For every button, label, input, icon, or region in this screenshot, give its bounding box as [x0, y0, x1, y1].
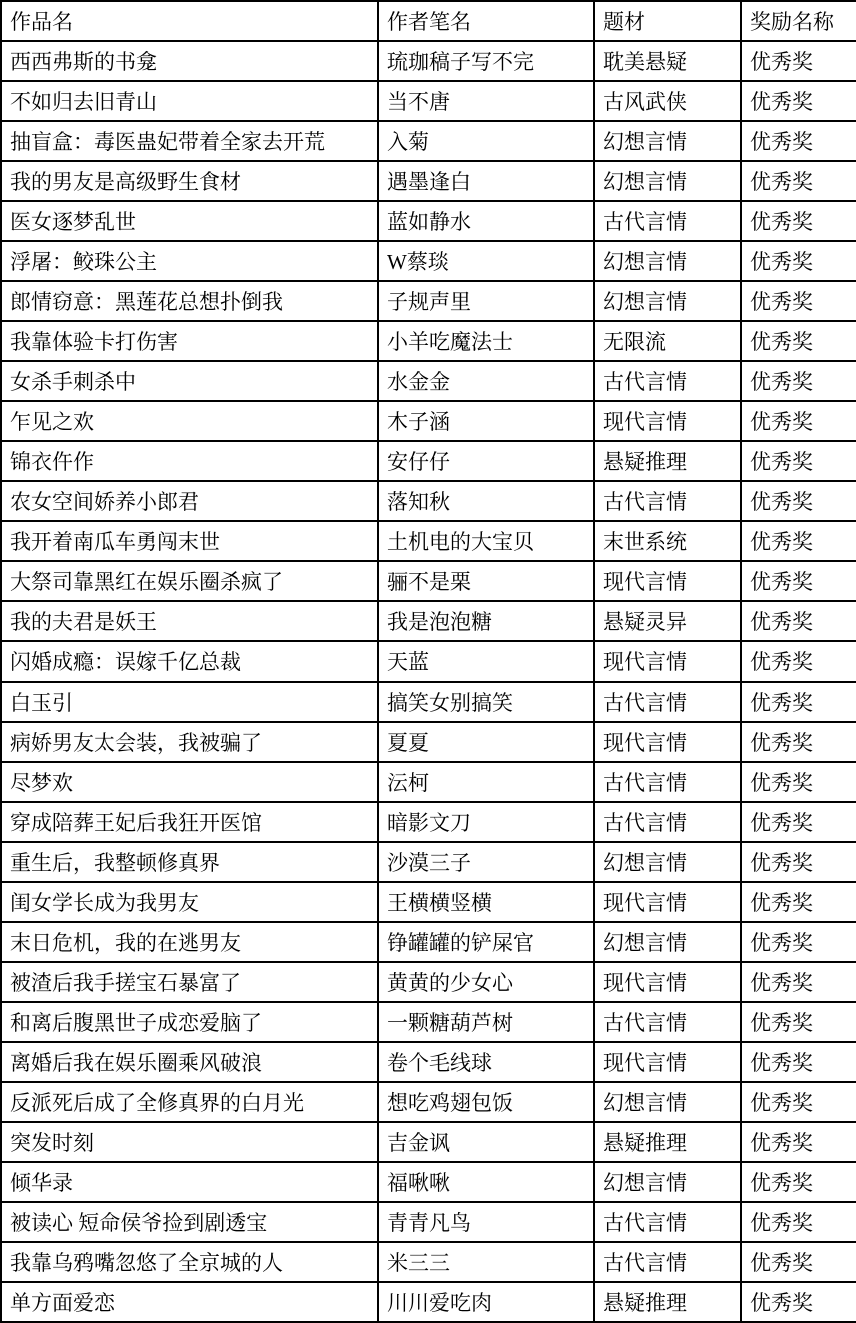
table-row: 我靠体验卡打伤害小羊吃魔法士无限流优秀奖	[1, 321, 856, 361]
work-title-cell: 我的夫君是妖王	[1, 601, 378, 641]
award-name-cell: 优秀奖	[741, 1082, 856, 1122]
author-name-cell: W蔡琰	[378, 241, 594, 281]
award-name-cell: 优秀奖	[741, 682, 856, 722]
author-name-cell: 吉金讽	[378, 1122, 594, 1162]
genre-cell: 幻想言情	[594, 241, 741, 281]
author-name-cell: 青青凡鸟	[378, 1202, 594, 1242]
genre-cell: 悬疑灵异	[594, 601, 741, 641]
table-row: 我开着南瓜车勇闯末世土机电的大宝贝末世系统优秀奖	[1, 521, 856, 561]
author-name-cell: 卷个毛线球	[378, 1042, 594, 1082]
award-name-cell: 优秀奖	[741, 882, 856, 922]
column-header-title: 作品名	[1, 1, 378, 41]
award-name-cell: 优秀奖	[741, 762, 856, 802]
work-title-cell: 末日危机，我的在逃男友	[1, 922, 378, 962]
author-name-cell: 木子涵	[378, 401, 594, 441]
award-name-cell: 优秀奖	[741, 241, 856, 281]
author-name-cell: 一颗糖葫芦树	[378, 1002, 594, 1042]
table-row: 和离后腹黑世子成恋爱脑了一颗糖葫芦树古代言情优秀奖	[1, 1002, 856, 1042]
work-title-cell: 浮屠：鲛珠公主	[1, 241, 378, 281]
genre-cell: 幻想言情	[594, 922, 741, 962]
award-name-cell: 优秀奖	[741, 802, 856, 842]
author-name-cell: 小羊吃魔法士	[378, 321, 594, 361]
genre-cell: 古代言情	[594, 481, 741, 521]
work-title-cell: 乍见之欢	[1, 401, 378, 441]
genre-cell: 现代言情	[594, 401, 741, 441]
award-name-cell: 优秀奖	[741, 521, 856, 561]
genre-cell: 古代言情	[594, 1242, 741, 1282]
work-title-cell: 突发时刻	[1, 1122, 378, 1162]
award-name-cell: 优秀奖	[741, 962, 856, 1002]
genre-cell: 古代言情	[594, 802, 741, 842]
genre-cell: 幻想言情	[594, 1082, 741, 1122]
award-name-cell: 优秀奖	[741, 161, 856, 201]
table-row: 我的夫君是妖王我是泡泡糖悬疑灵异优秀奖	[1, 601, 856, 641]
award-name-cell: 优秀奖	[741, 361, 856, 401]
table-row: 乍见之欢木子涵现代言情优秀奖	[1, 401, 856, 441]
award-name-cell: 优秀奖	[741, 1202, 856, 1242]
award-name-cell: 优秀奖	[741, 201, 856, 241]
work-title-cell: 和离后腹黑世子成恋爱脑了	[1, 1002, 378, 1042]
author-name-cell: 子规声里	[378, 281, 594, 321]
work-title-cell: 我的男友是高级野生食材	[1, 161, 378, 201]
genre-cell: 现代言情	[594, 561, 741, 601]
author-name-cell: 遇墨逢白	[378, 161, 594, 201]
genre-cell: 现代言情	[594, 882, 741, 922]
work-title-cell: 我靠乌鸦嘴忽悠了全京城的人	[1, 1242, 378, 1282]
genre-cell: 古代言情	[594, 762, 741, 802]
award-name-cell: 优秀奖	[741, 922, 856, 962]
column-header-author: 作者笔名	[378, 1, 594, 41]
table-row: 突发时刻吉金讽悬疑推理优秀奖	[1, 1122, 856, 1162]
genre-cell: 悬疑推理	[594, 1122, 741, 1162]
table-row: 倾华录福啾啾幻想言情优秀奖	[1, 1162, 856, 1202]
work-title-cell: 闪婚成瘾：误嫁千亿总裁	[1, 641, 378, 681]
work-title-cell: 穿成陪葬王妃后我狂开医馆	[1, 802, 378, 842]
table-row: 重生后，我整顿修真界沙漠三子幻想言情优秀奖	[1, 842, 856, 882]
author-name-cell: 暗影文刀	[378, 802, 594, 842]
work-title-cell: 被读心 短命侯爷捡到剧透宝	[1, 1202, 378, 1242]
genre-cell: 古代言情	[594, 682, 741, 722]
author-name-cell: 入菊	[378, 121, 594, 161]
work-title-cell: 锦衣仵作	[1, 441, 378, 481]
award-name-cell: 优秀奖	[741, 601, 856, 641]
award-name-cell: 优秀奖	[741, 121, 856, 161]
genre-cell: 末世系统	[594, 521, 741, 561]
work-title-cell: 医女逐梦乱世	[1, 201, 378, 241]
table-row: 医女逐梦乱世蓝如静水古代言情优秀奖	[1, 201, 856, 241]
column-header-award: 奖励名称	[741, 1, 856, 41]
award-name-cell: 优秀奖	[741, 41, 856, 81]
table-row: 大祭司靠黑红在娱乐圈杀疯了骊不是栗现代言情优秀奖	[1, 561, 856, 601]
genre-cell: 古代言情	[594, 361, 741, 401]
table-row: 锦衣仵作安仔仔悬疑推理优秀奖	[1, 441, 856, 481]
genre-cell: 无限流	[594, 321, 741, 361]
award-name-cell: 优秀奖	[741, 441, 856, 481]
table-row: 病娇男友太会装，我被骗了夏夏现代言情优秀奖	[1, 722, 856, 762]
work-title-cell: 我靠体验卡打伤害	[1, 321, 378, 361]
work-title-cell: 尽梦欢	[1, 762, 378, 802]
table-body: 西西弗斯的书龛琉珈稿子写不完耽美悬疑优秀奖不如归去旧青山当不唐古风武侠优秀奖抽盲…	[1, 41, 856, 1322]
award-name-cell: 优秀奖	[741, 1002, 856, 1042]
award-name-cell: 优秀奖	[741, 1242, 856, 1282]
genre-cell: 古代言情	[594, 1202, 741, 1242]
author-name-cell: 土机电的大宝贝	[378, 521, 594, 561]
table-row: 闺女学长成为我男友王横横竖横现代言情优秀奖	[1, 882, 856, 922]
genre-cell: 现代言情	[594, 722, 741, 762]
work-title-cell: 郎情窃意：黑莲花总想扑倒我	[1, 281, 378, 321]
genre-cell: 幻想言情	[594, 121, 741, 161]
table-row: 闪婚成瘾：误嫁千亿总裁天蓝现代言情优秀奖	[1, 641, 856, 681]
column-header-genre: 题材	[594, 1, 741, 41]
genre-cell: 耽美悬疑	[594, 41, 741, 81]
author-name-cell: 夏夏	[378, 722, 594, 762]
author-name-cell: 米三三	[378, 1242, 594, 1282]
author-name-cell: 想吃鸡翅包饭	[378, 1082, 594, 1122]
award-name-cell: 优秀奖	[741, 842, 856, 882]
work-title-cell: 西西弗斯的书龛	[1, 41, 378, 81]
author-name-cell: 水金金	[378, 361, 594, 401]
genre-cell: 现代言情	[594, 962, 741, 1002]
table-row: 农女空间娇养小郎君落知秋古代言情优秀奖	[1, 481, 856, 521]
work-title-cell: 重生后，我整顿修真界	[1, 842, 378, 882]
author-name-cell: 骊不是栗	[378, 561, 594, 601]
work-title-cell: 反派死后成了全修真界的白月光	[1, 1082, 378, 1122]
genre-cell: 幻想言情	[594, 1162, 741, 1202]
author-name-cell: 当不唐	[378, 81, 594, 121]
genre-cell: 古代言情	[594, 1002, 741, 1042]
work-title-cell: 闺女学长成为我男友	[1, 882, 378, 922]
work-title-cell: 离婚后我在娱乐圈乘风破浪	[1, 1042, 378, 1082]
table-row: 女杀手刺杀中水金金古代言情优秀奖	[1, 361, 856, 401]
genre-cell: 幻想言情	[594, 161, 741, 201]
table-row: 被读心 短命侯爷捡到剧透宝青青凡鸟古代言情优秀奖	[1, 1202, 856, 1242]
work-title-cell: 大祭司靠黑红在娱乐圈杀疯了	[1, 561, 378, 601]
author-name-cell: 沙漠三子	[378, 842, 594, 882]
award-name-cell: 优秀奖	[741, 1042, 856, 1082]
genre-cell: 幻想言情	[594, 281, 741, 321]
table-row: 我的男友是高级野生食材遇墨逢白幻想言情优秀奖	[1, 161, 856, 201]
author-name-cell: 王横横竖横	[378, 882, 594, 922]
award-results-table: 作品名 作者笔名 题材 奖励名称 西西弗斯的书龛琉珈稿子写不完耽美悬疑优秀奖不如…	[0, 0, 856, 1323]
table-row: 尽梦欢沄柯古代言情优秀奖	[1, 762, 856, 802]
work-title-cell: 倾华录	[1, 1162, 378, 1202]
genre-cell: 古风武侠	[594, 81, 741, 121]
table-row: 西西弗斯的书龛琉珈稿子写不完耽美悬疑优秀奖	[1, 41, 856, 81]
table-row: 反派死后成了全修真界的白月光想吃鸡翅包饭幻想言情优秀奖	[1, 1082, 856, 1122]
genre-cell: 现代言情	[594, 641, 741, 681]
table-header-row: 作品名 作者笔名 题材 奖励名称	[1, 1, 856, 41]
author-name-cell: 琉珈稿子写不完	[378, 41, 594, 81]
author-name-cell: 我是泡泡糖	[378, 601, 594, 641]
author-name-cell: 搞笑女别搞笑	[378, 682, 594, 722]
author-name-cell: 安仔仔	[378, 441, 594, 481]
table-row: 不如归去旧青山当不唐古风武侠优秀奖	[1, 81, 856, 121]
table-row: 我靠乌鸦嘴忽悠了全京城的人米三三古代言情优秀奖	[1, 1242, 856, 1282]
award-name-cell: 优秀奖	[741, 641, 856, 681]
genre-cell: 古代言情	[594, 201, 741, 241]
author-name-cell: 蓝如静水	[378, 201, 594, 241]
table-row: 单方面爱恋川川爱吃肉悬疑推理优秀奖	[1, 1282, 856, 1322]
genre-cell: 现代言情	[594, 1042, 741, 1082]
table-row: 末日危机，我的在逃男友铮罐罐的铲屎官幻想言情优秀奖	[1, 922, 856, 962]
award-name-cell: 优秀奖	[741, 401, 856, 441]
award-name-cell: 优秀奖	[741, 1122, 856, 1162]
work-title-cell: 病娇男友太会装，我被骗了	[1, 722, 378, 762]
author-name-cell: 落知秋	[378, 481, 594, 521]
author-name-cell: 铮罐罐的铲屎官	[378, 922, 594, 962]
table-row: 离婚后我在娱乐圈乘风破浪卷个毛线球现代言情优秀奖	[1, 1042, 856, 1082]
work-title-cell: 抽盲盒：毒医蛊妃带着全家去开荒	[1, 121, 378, 161]
work-title-cell: 白玉引	[1, 682, 378, 722]
work-title-cell: 农女空间娇养小郎君	[1, 481, 378, 521]
award-name-cell: 优秀奖	[741, 281, 856, 321]
award-name-cell: 优秀奖	[741, 81, 856, 121]
author-name-cell: 川川爱吃肉	[378, 1282, 594, 1322]
award-name-cell: 优秀奖	[741, 722, 856, 762]
work-title-cell: 女杀手刺杀中	[1, 361, 378, 401]
genre-cell: 幻想言情	[594, 842, 741, 882]
genre-cell: 悬疑推理	[594, 441, 741, 481]
table-row: 穿成陪葬王妃后我狂开医馆暗影文刀古代言情优秀奖	[1, 802, 856, 842]
award-name-cell: 优秀奖	[741, 481, 856, 521]
work-title-cell: 不如归去旧青山	[1, 81, 378, 121]
work-title-cell: 被渣后我手搓宝石暴富了	[1, 962, 378, 1002]
table-row: 浮屠：鲛珠公主W蔡琰幻想言情优秀奖	[1, 241, 856, 281]
table-row: 抽盲盒：毒医蛊妃带着全家去开荒入菊幻想言情优秀奖	[1, 121, 856, 161]
author-name-cell: 福啾啾	[378, 1162, 594, 1202]
award-name-cell: 优秀奖	[741, 1282, 856, 1322]
table-row: 被渣后我手搓宝石暴富了黄黄的少女心现代言情优秀奖	[1, 962, 856, 1002]
award-name-cell: 优秀奖	[741, 561, 856, 601]
author-name-cell: 黄黄的少女心	[378, 962, 594, 1002]
award-name-cell: 优秀奖	[741, 1162, 856, 1202]
work-title-cell: 我开着南瓜车勇闯末世	[1, 521, 378, 561]
genre-cell: 悬疑推理	[594, 1282, 741, 1322]
author-name-cell: 沄柯	[378, 762, 594, 802]
table-row: 白玉引搞笑女别搞笑古代言情优秀奖	[1, 682, 856, 722]
award-name-cell: 优秀奖	[741, 321, 856, 361]
table-row: 郎情窃意：黑莲花总想扑倒我子规声里幻想言情优秀奖	[1, 281, 856, 321]
work-title-cell: 单方面爱恋	[1, 1282, 378, 1322]
author-name-cell: 天蓝	[378, 641, 594, 681]
